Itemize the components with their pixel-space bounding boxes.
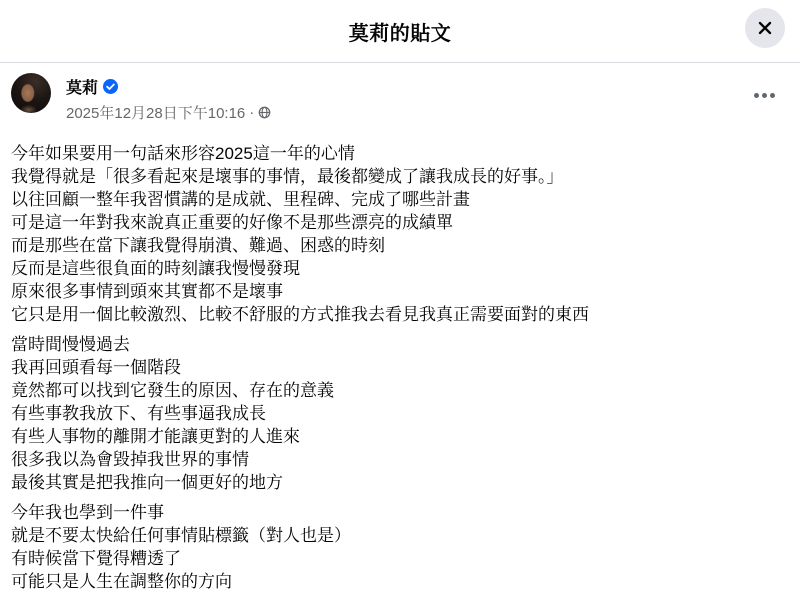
meta-separator: · (249, 104, 254, 121)
verified-badge-icon (103, 79, 118, 94)
post-dialog: 莫莉的貼文 莫莉 (0, 0, 800, 590)
post-timestamp[interactable]: 2025年12月28日下午10:16 (66, 102, 245, 123)
post-text-line: 有些事教我放下、有些事逼我成長 (11, 402, 789, 425)
dialog-title: 莫莉的貼文 (349, 17, 452, 46)
post-text-line: 有時候當下覺得糟透了 (11, 547, 789, 570)
avatar[interactable] (11, 73, 51, 113)
author-row: 莫莉 (66, 75, 271, 98)
post-header: 莫莉 2025年12月28日下午10:16 · (11, 73, 789, 123)
close-button[interactable] (745, 8, 785, 48)
post-meta: 2025年12月28日下午10:16 · (66, 102, 271, 123)
post-body: 今年如果要用一句話來形容2025這一年的心情我覺得就是「很多看起來是壞事的事情，… (11, 142, 789, 590)
author-name[interactable]: 莫莉 (66, 75, 98, 98)
close-icon (755, 18, 775, 38)
post-text-line: 有些人事物的離開才能讓更對的人進來 (11, 425, 789, 448)
post-text-line: 最後其實是把我推向一個更好的地方 (11, 471, 789, 494)
post-text-line: 以往回顧一整年我習慣講的是成就、里程碑、完成了哪些計畫 (11, 188, 789, 211)
post-text-line: 可能只是人生在調整你的方向 (11, 570, 789, 590)
post-paragraph: 當時間慢慢過去我再回頭看每一個階段竟然都可以找到它發生的原因、存在的意義有些事教… (11, 333, 789, 494)
post-text-line: 就是不要太快給任何事情貼標籤（對人也是） (11, 524, 789, 547)
post-text-line: 今年如果要用一句話來形容2025這一年的心情 (11, 142, 789, 165)
post-text-line: 竟然都可以找到它發生的原因、存在的意義 (11, 379, 789, 402)
post-text-line: 它只是用一個比較激烈、比較不舒服的方式推我去看見我真正需要面對的東西 (11, 303, 789, 326)
post-text-line: 而是那些在當下讓我覺得崩潰、難過、困惑的時刻 (11, 234, 789, 257)
post-text-line: 當時間慢慢過去 (11, 333, 789, 356)
post-text-line: 我覺得就是「很多看起來是壞事的事情，最後都變成了讓我成長的好事。」 (11, 165, 789, 188)
post-paragraph: 今年如果要用一句話來形容2025這一年的心情我覺得就是「很多看起來是壞事的事情，… (11, 142, 789, 326)
post-text-line: 我再回頭看每一個階段 (11, 356, 789, 379)
post-text-line: 今年我也學到一件事 (11, 501, 789, 524)
ellipsis-icon (754, 93, 759, 98)
post-text-line: 可是這一年對我來說真正重要的好像不是那些漂亮的成績單 (11, 211, 789, 234)
post-paragraph: 今年我也學到一件事就是不要太快給任何事情貼標籤（對人也是）有時候當下覺得糟透了可… (11, 501, 789, 590)
dialog-header: 莫莉的貼文 (0, 0, 800, 63)
post-text-line: 原來很多事情到頭來其實都不是壞事 (11, 280, 789, 303)
post-text-line: 反而是這些很負面的時刻讓我慢慢發現 (11, 257, 789, 280)
post-options-button[interactable] (748, 87, 781, 104)
post: 莫莉 2025年12月28日下午10:16 · (0, 73, 800, 590)
author-block: 莫莉 2025年12月28日下午10:16 · (66, 73, 271, 123)
globe-privacy-icon (258, 106, 271, 119)
post-text-line: 很多我以為會毀掉我世界的事情 (11, 448, 789, 471)
